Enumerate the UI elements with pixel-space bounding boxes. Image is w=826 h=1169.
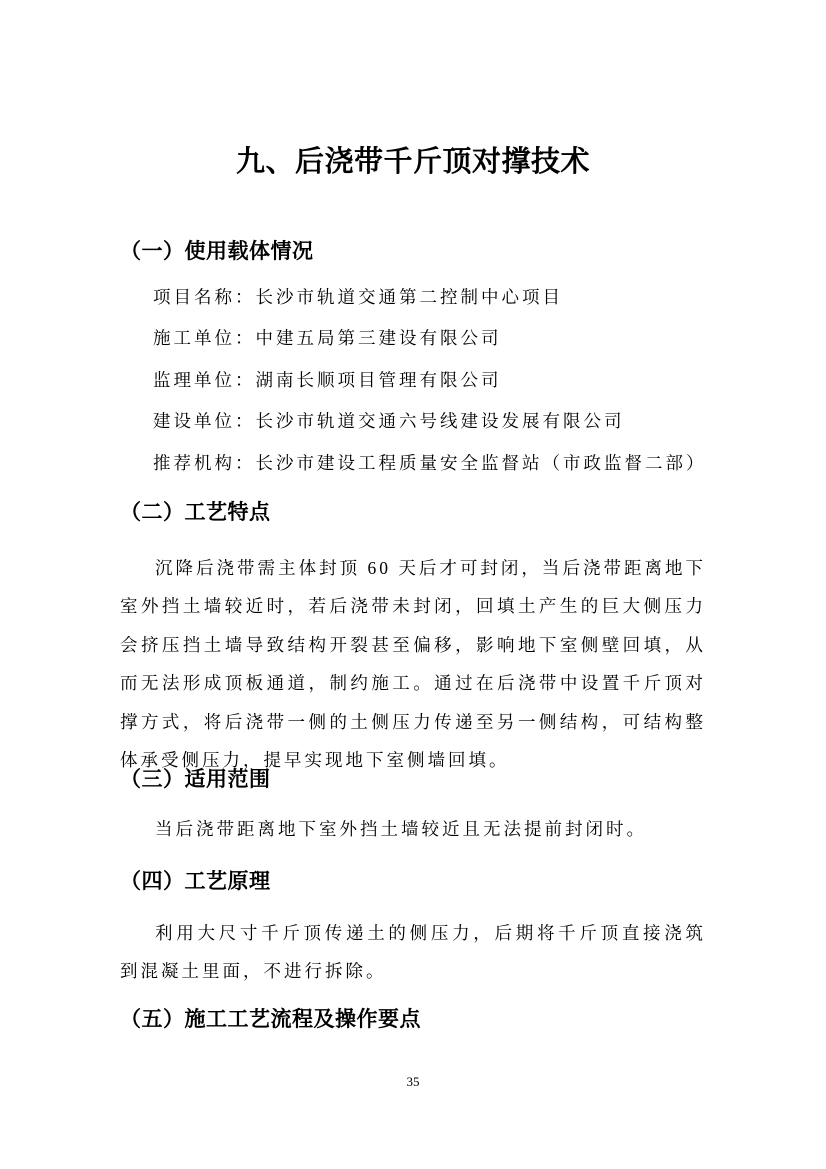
section-heading-2-process-features: （二）工艺特点 <box>120 500 706 526</box>
document-title: 九、后浇带千斤顶对撑技术 <box>120 142 706 182</box>
applicable-scope-paragraph: 当后浇带距离地下室外挡土墙较近且无法提前封闭时。 <box>120 810 706 848</box>
document-page: 九、后浇带千斤顶对撑技术 （一）使用载体情况 项目名称：长沙市轨道交通第二控制中… <box>0 0 826 1169</box>
section-heading-3-applicable-scope: （三）适用范围 <box>120 767 706 793</box>
page-number: 35 <box>120 1072 706 1091</box>
info-line-supervision-unit: 监理单位：湖南长顺项目管理有限公司 <box>120 360 706 401</box>
section-heading-5-construction-process: （五）施工工艺流程及操作要点 <box>120 1007 706 1033</box>
section-heading-1-carrier-usage: （一）使用载体情况 <box>120 239 706 265</box>
info-line-construction-unit: 施工单位：中建五局第三建设有限公司 <box>120 318 706 359</box>
info-line-project-name: 项目名称：长沙市轨道交通第二控制中心项目 <box>120 277 706 318</box>
info-line-owner-unit: 建设单位：长沙市轨道交通六号线建设发展有限公司 <box>120 401 706 442</box>
info-line-recommending-agency: 推荐机构：长沙市建设工程质量安全监督站（市政监督二部） <box>120 443 706 484</box>
project-info-list: 项目名称：长沙市轨道交通第二控制中心项目 施工单位：中建五局第三建设有限公司 监… <box>120 277 706 484</box>
process-principle-paragraph: 利用大尺寸千斤顶传递土的侧压力，后期将千斤顶直接浇筑到混凝土里面，不进行拆除。 <box>120 914 706 991</box>
section-heading-4-process-principle: （四）工艺原理 <box>120 869 706 895</box>
process-features-paragraph: 沉降后浇带需主体封顶 60 天后才可封闭，当后浇带距离地下室外挡土墙较近时，若后… <box>120 549 706 779</box>
